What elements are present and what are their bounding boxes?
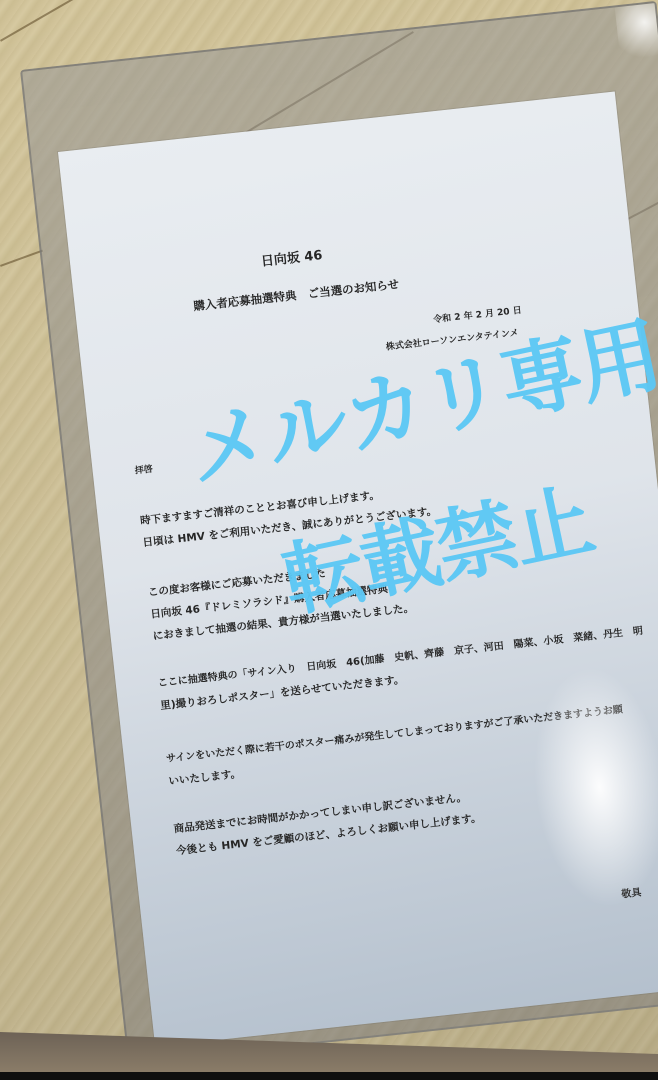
photo-scene: 日向坂 46 購入者応募抽選特典 ご当選のお知らせ 令和 2 年 2 月 20 … bbox=[0, 0, 658, 1080]
letter-subtitle: 購入者応募抽選特典 ご当選のお知らせ bbox=[193, 276, 400, 314]
sleeve-glare bbox=[615, 3, 658, 67]
bottom-border bbox=[0, 1072, 658, 1080]
floor-plank-seam bbox=[0, 250, 43, 267]
paper-glare bbox=[516, 650, 658, 924]
letter-line: いいたします。 bbox=[168, 766, 242, 789]
letter-title: 日向坂 46 bbox=[260, 244, 323, 270]
letter-salutation: 拝啓 bbox=[134, 462, 153, 477]
floor-plank-seam bbox=[0, 0, 79, 41]
